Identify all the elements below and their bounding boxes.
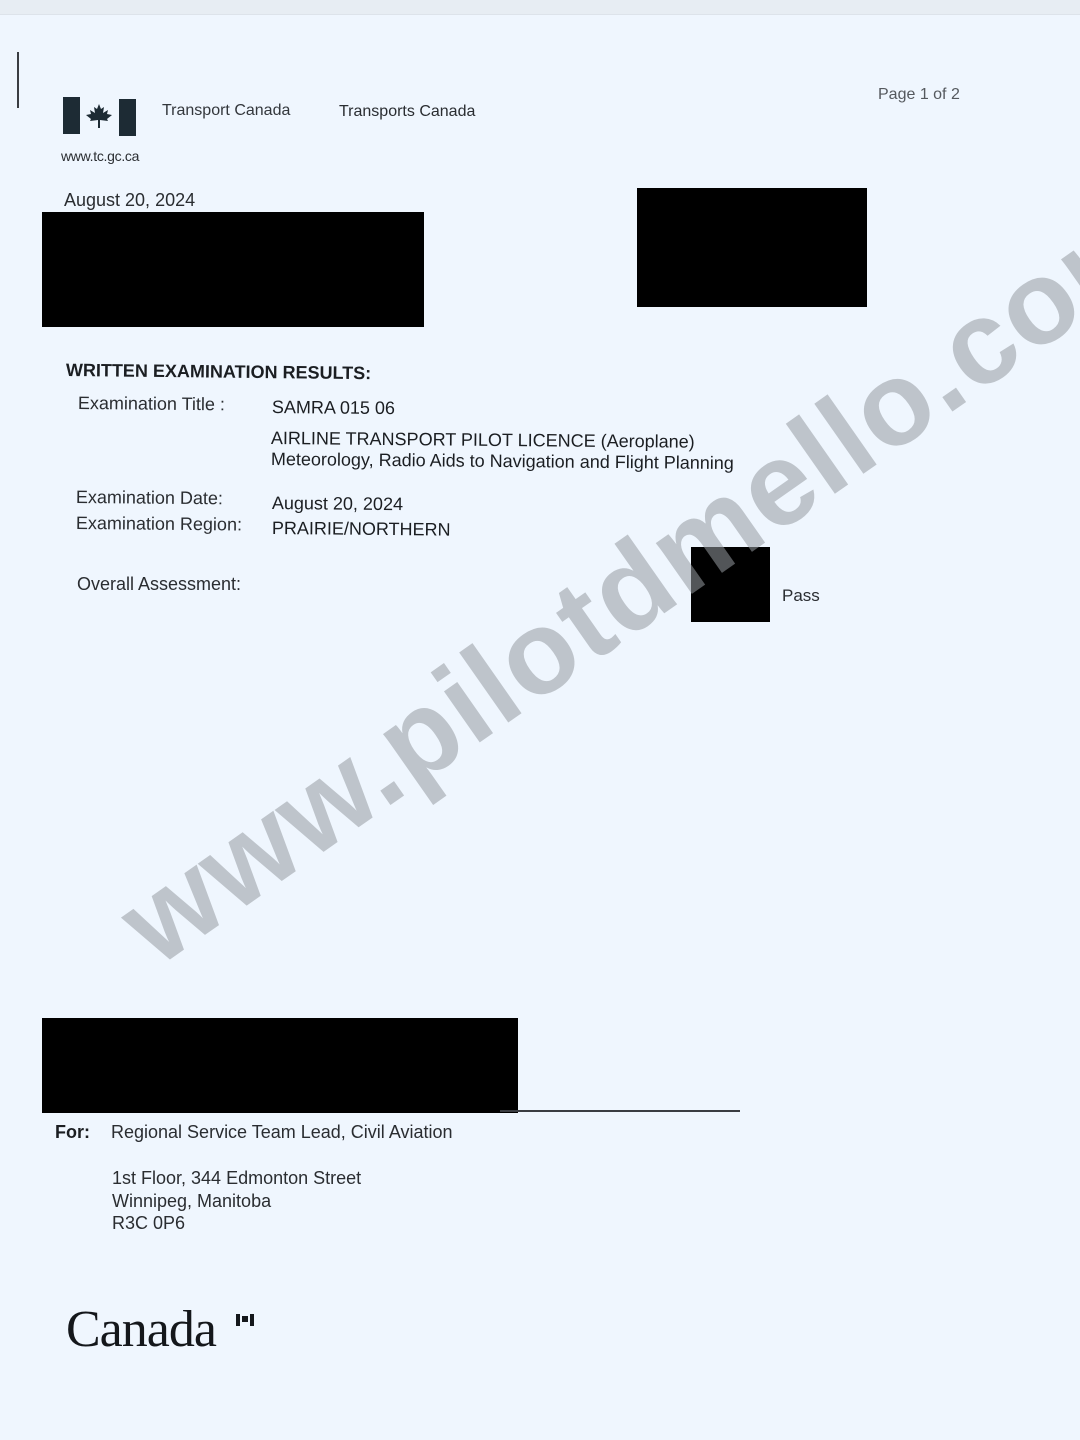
redacted-signature-block	[42, 1018, 518, 1113]
wordmark-flag-icon	[236, 1314, 254, 1328]
exam-date-label: Examination Date:	[76, 487, 223, 509]
address-line-3: R3C 0P6	[112, 1213, 185, 1234]
assessment-label: Overall Assessment:	[77, 574, 241, 595]
exam-title-label: Examination Title :	[78, 393, 225, 415]
exam-subject: Meteorology, Radio Aids to Navigation an…	[271, 449, 734, 474]
redacted-score-block	[691, 547, 770, 622]
page-indicator: Page 1 of 2	[878, 86, 960, 104]
redacted-reference-block	[637, 188, 867, 307]
redacted-recipient-block	[42, 212, 424, 327]
exam-region: PRAIRIE/NORTHERN	[272, 518, 451, 541]
website-url: www.tc.gc.ca	[61, 148, 139, 164]
canada-wordmark: Canada	[66, 1300, 216, 1359]
for-label: For:	[55, 1122, 90, 1143]
department-name-french: Transports Canada	[339, 103, 475, 121]
assessment-value: Pass	[782, 586, 820, 606]
section-title: WRITTEN EXAMINATION RESULTS:	[66, 360, 372, 384]
signatory-title: Regional Service Team Lead, Civil Aviati…	[111, 1122, 453, 1143]
letter-date: August 20, 2024	[64, 190, 195, 211]
viewer-top-edge	[0, 0, 1080, 15]
canada-flag-icon	[63, 97, 136, 134]
exam-code: SAMRA 015 06	[272, 397, 395, 419]
department-name-english: Transport Canada	[162, 102, 290, 120]
signature-line	[500, 1110, 740, 1112]
scan-margin-mark	[17, 52, 19, 108]
address-line-1: 1st Floor, 344 Edmonton Street	[112, 1168, 361, 1189]
exam-date: August 20, 2024	[272, 493, 403, 515]
exam-region-label: Examination Region:	[76, 513, 242, 535]
address-line-2: Winnipeg, Manitoba	[112, 1191, 271, 1212]
